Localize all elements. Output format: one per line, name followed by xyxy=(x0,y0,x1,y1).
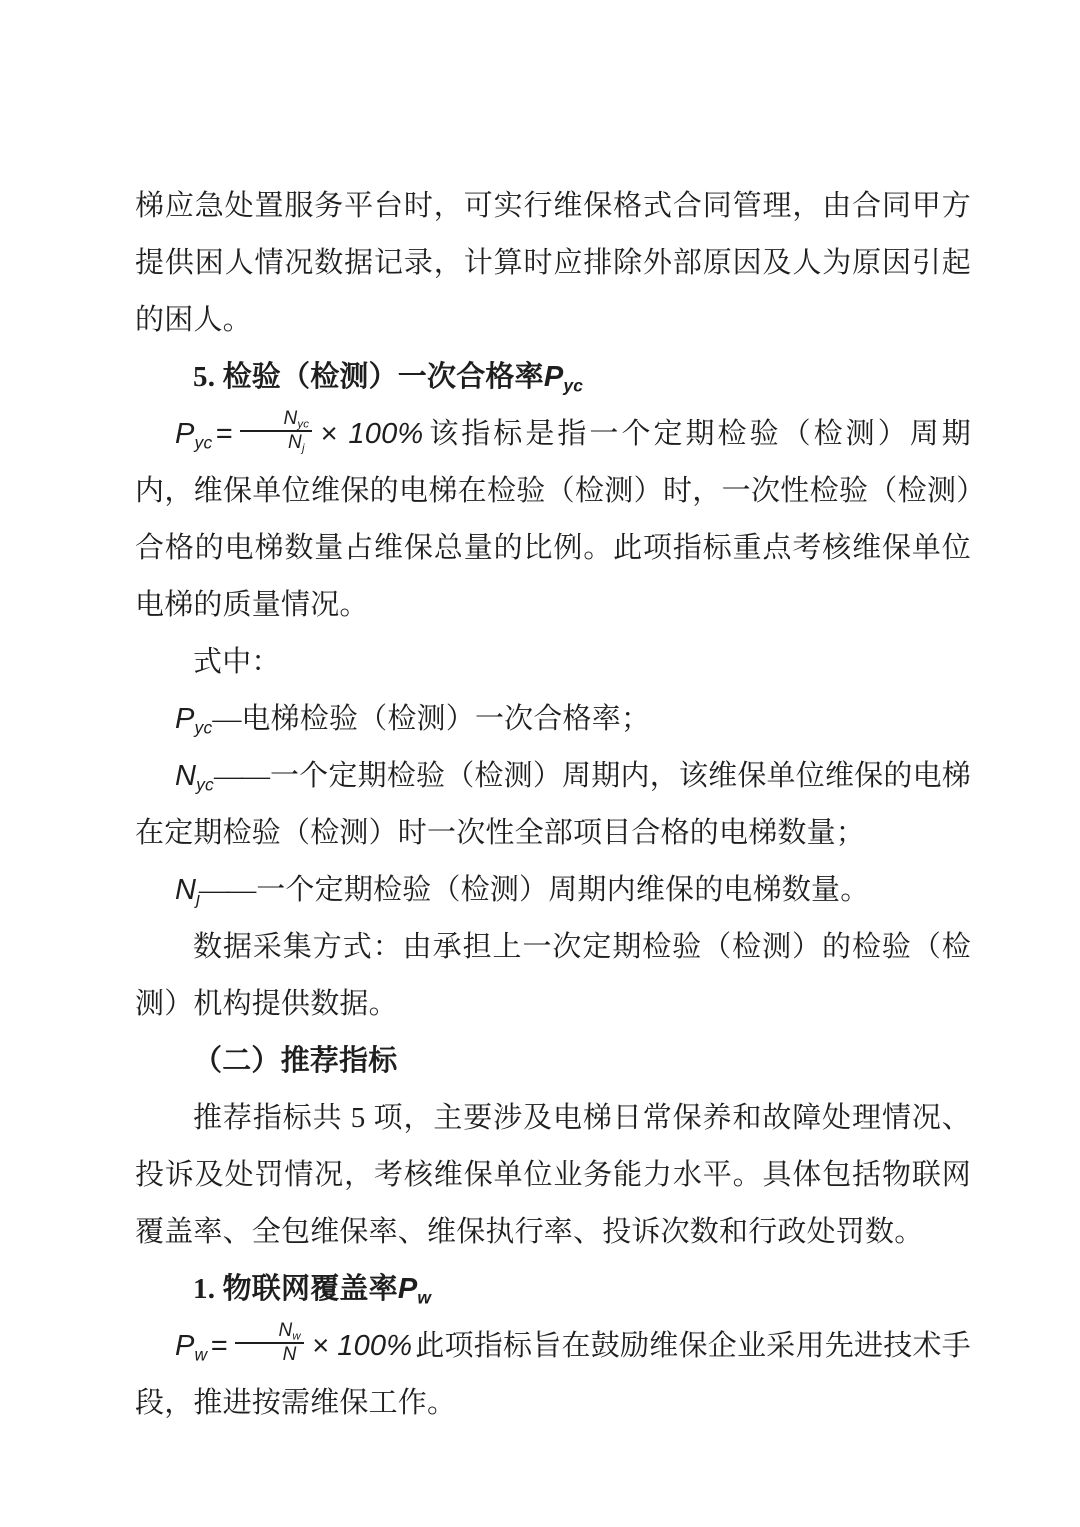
fraction-denominator: N xyxy=(235,1344,303,1366)
variable-pw: Pw xyxy=(175,1330,207,1362)
fraction-numerator: Nw xyxy=(235,1320,303,1344)
heading-inspection-pass-rate: 5. 检验（检测）一次合格率Pyc xyxy=(135,349,971,406)
definition-text: 电梯检验（检测）一次合格率； xyxy=(241,703,650,735)
times-100-percent: × 100% xyxy=(309,1330,415,1362)
fraction-nyc-over-nj: NycNj xyxy=(240,408,312,454)
variable-pyc: Pyc xyxy=(544,361,583,393)
variable-nyc: Nyc xyxy=(175,760,214,792)
variable-pyc: Pyc xyxy=(175,703,212,735)
em-dash: — xyxy=(212,703,239,735)
paragraph-formula-pyc: Pyc=NycNj× 100%该指标是指一个定期检验（检测）周期内，维保单位维保… xyxy=(135,406,971,634)
fraction-nw-over-n: NwN xyxy=(235,1320,303,1366)
equals-sign: = xyxy=(207,1330,230,1362)
fraction-numerator: Nyc xyxy=(240,408,312,432)
fraction-denominator: Nj xyxy=(240,432,312,454)
heading-recommended-indicators: （二）推荐指标 xyxy=(135,1033,971,1090)
paragraph-trapped-persons: 梯应急处置服务平台时，可实行维保格式合同管理，由合同甲方提供困人情况数据记录，计… xyxy=(135,178,971,349)
paragraph-data-collection: 数据采集方式：由承担上一次定期检验（检测）的检验（检测）机构提供数据。 xyxy=(135,919,971,1033)
variable-pyc: Pyc xyxy=(175,418,212,450)
heading-text: 5. 检验（检测）一次合格率 xyxy=(193,361,544,393)
definition-nj: Nj——一个定期检验（检测）周期内维保的电梯数量。 xyxy=(135,862,971,919)
equals-sign: = xyxy=(212,418,235,450)
heading-text: （二）推荐指标 xyxy=(193,1045,397,1077)
document-page: 梯应急处置服务平台时，可实行维保格式合同管理，由合同甲方提供困人情况数据记录，计… xyxy=(0,0,1080,1527)
where-label: 式中： xyxy=(193,646,281,678)
em-dash: —— xyxy=(200,874,254,906)
paragraph-text: 梯应急处置服务平台时，可实行维保格式合同管理，由合同甲方提供困人情况数据记录，计… xyxy=(135,190,971,336)
em-dash: —— xyxy=(214,760,268,792)
document-content: 梯应急处置服务平台时，可实行维保格式合同管理，由合同甲方提供困人情况数据记录，计… xyxy=(135,178,971,1432)
definition-text: 一个定期检验（检测）周期内维保的电梯数量。 xyxy=(256,874,869,906)
paragraph-recommended-overview: 推荐指标共 5 项，主要涉及电梯日常保养和故障处理情况、投诉及处罚情况，考核维保… xyxy=(135,1090,971,1261)
definition-nyc: Nyc——一个定期检验（检测）周期内，该维保单位维保的电梯在定期检验（检测）时一… xyxy=(135,748,971,862)
variable-pw: Pw xyxy=(398,1273,431,1305)
heading-iot-coverage: 1. 物联网覆盖率Pw xyxy=(135,1261,971,1318)
variable-nj: Nj xyxy=(175,874,200,906)
formula-pw: Pw=NwN× 100% xyxy=(175,1330,415,1362)
paragraph-text: 数据采集方式：由承担上一次定期检验（检测）的检验（检测）机构提供数据。 xyxy=(135,931,971,1020)
paragraph-text: 推荐指标共 5 项，主要涉及电梯日常保养和故障处理情况、投诉及处罚情况，考核维保… xyxy=(135,1102,971,1248)
times-100-percent: × 100% xyxy=(317,418,426,450)
definition-pyc: Pyc—电梯检验（检测）一次合格率； xyxy=(135,691,971,748)
paragraph-formula-pw: Pw=NwN× 100%此项指标旨在鼓励维保企业采用先进技术手段，推进按需维保工… xyxy=(135,1318,971,1432)
paragraph-where: 式中： xyxy=(135,634,971,691)
heading-text: 1. 物联网覆盖率 xyxy=(193,1273,398,1305)
formula-pyc: Pyc=NycNj× 100% xyxy=(175,418,426,450)
